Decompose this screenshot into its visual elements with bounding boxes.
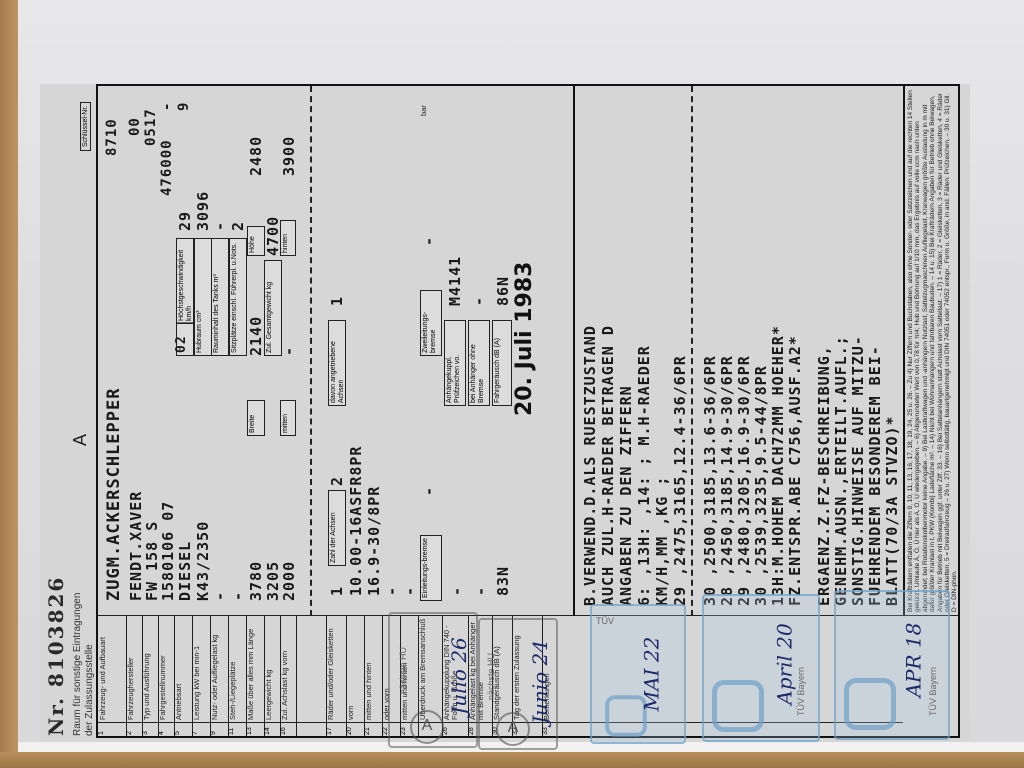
remark-line: 30 ,2500,3185,13.6-36/6PR xyxy=(701,355,719,606)
field-label: Typ und Ausführung xyxy=(142,616,158,722)
field-number: 2 xyxy=(126,722,142,736)
field-row-14: 14Leergewicht kg xyxy=(264,616,281,736)
field-row-20: 20vorn xyxy=(346,616,365,736)
coupling-test-mark-label: Anhängekuppl. Prüfzeichen vo. xyxy=(444,320,466,406)
tyres-alt-rear-value: - xyxy=(401,586,419,596)
payload-value: - xyxy=(211,591,229,601)
key-number-3: 0517 xyxy=(143,108,159,146)
remark-line: 13H:M.HOHEM DACH72MM HOEHER* xyxy=(769,325,787,606)
vehicle-type-value: ZUGM.ACKERSCHLEPPER xyxy=(104,388,124,601)
document-serial-number: Nr. 8103826 xyxy=(44,576,68,736)
seats-label: Sitzplätze einschl. Führerpl. u.Nots. xyxy=(229,238,247,356)
field-label: Räder und/oder Gleisketten xyxy=(326,616,346,722)
first-registration-date: 20. Juli 1983 xyxy=(512,262,537,416)
pressure-unit: bar xyxy=(420,105,428,116)
field-label: mitten und hinten xyxy=(364,616,382,722)
remark-line: FUEHRENDEM BESONDEREM BEI- xyxy=(866,345,884,606)
front-axle-load-value: 2000 xyxy=(280,561,298,601)
stamp-handwriting: Junio 24 xyxy=(528,640,552,724)
field-number: 16 xyxy=(280,722,296,736)
field-label: vorn xyxy=(346,616,364,722)
remarks-dashed-separator xyxy=(691,86,693,616)
stationary-noise-value: 83N xyxy=(494,566,512,596)
height-label: Höhe xyxy=(247,226,265,256)
field-number: 9 xyxy=(210,722,228,736)
tank-capacity-value: - xyxy=(211,221,229,231)
dekra-stamp-2: A nächste HU Junio 24 xyxy=(478,618,558,750)
field-label: Fahrzeug- und Aufbauart xyxy=(98,616,126,722)
field-label: Fahrzeughersteller xyxy=(126,616,142,722)
max-speed-value: 29 xyxy=(176,211,194,231)
seats-standing-value: - xyxy=(229,591,247,601)
remark-line: 29 ,2480,3205,16.9-30/6PR xyxy=(735,355,753,606)
gross-weight-label: Zul. Gesamtgewicht kg xyxy=(264,260,282,356)
width-label: Breite xyxy=(247,400,265,436)
dekra-logo-icon: A xyxy=(410,710,444,744)
field-number: 4 xyxy=(158,722,174,736)
field-row-7: 7Leistung kW bei min-1 xyxy=(192,616,211,736)
field-number: 1 xyxy=(98,722,126,736)
remark-line: B.VERWEND.D.ALS RUESTZUSTAND xyxy=(581,325,599,606)
remark-line: AUCH ZUL.H-RAEDER BETRAGEN D xyxy=(599,325,617,606)
field-label: Nutz- oder Aufliegelast kg xyxy=(210,616,228,722)
field-label: Steh-/Liegeplätze xyxy=(228,616,246,722)
field-row-16: 16Zul. Achslast kg vorn xyxy=(280,616,297,736)
section-letter: A xyxy=(70,434,91,446)
registration-office-note: Raum für sonstige Eintragungen der Zulas… xyxy=(72,593,96,736)
dashed-separator xyxy=(310,86,312,616)
tyres-front-value: 10.00-16ASFR8PR xyxy=(347,446,365,596)
remark-line: KM/H,MM ,KG ; xyxy=(653,476,671,606)
seats-value: 2 xyxy=(229,221,247,231)
length-value: 3780 xyxy=(247,561,265,601)
key-number-5: - xyxy=(159,102,175,111)
stamp-handwriting: Julio 26 xyxy=(447,637,471,715)
stamp-label: nächste HU xyxy=(486,653,496,700)
tuv-logo-icon xyxy=(712,680,764,732)
tyres-rear-value: 16.9-30/8PR xyxy=(365,486,383,596)
remark-line: BLATT(70/3A STVZO)* xyxy=(883,415,901,606)
remark-line: 6: ,13H: ,14: ; M.H-RAEDER xyxy=(635,345,653,606)
tuv-stamp-1: TÜV MAI 22 xyxy=(590,604,686,744)
tuv-logo-icon xyxy=(844,678,896,730)
driven-axles-label: davon angetriebene Achsen xyxy=(328,320,346,406)
key-number-label: Schlüssel-Nr. xyxy=(80,102,91,151)
max-speed-label: Höchstgeschwindigkeit km/h xyxy=(176,238,194,324)
drive-type-value: DIESEL xyxy=(176,541,194,601)
width-value: 2140 xyxy=(247,316,265,356)
stamp-handwriting: MAI 22 xyxy=(639,637,663,712)
field-label: Maße über alles mm Länge xyxy=(246,616,264,722)
field-number: 14 xyxy=(264,722,280,736)
stamp-label: TÜV xyxy=(596,616,614,626)
rear-axle-value: 3900 xyxy=(280,136,298,176)
field-row-3: 3Typ und Ausführung xyxy=(142,616,159,736)
wooden-table-edge xyxy=(0,752,1024,768)
rear-axle-label: hinten xyxy=(280,220,296,256)
axle-count-value: 2 xyxy=(328,476,346,486)
field-label: Fahrgestellnummer xyxy=(158,616,174,722)
note-line-1: Raum für sonstige Eintragungen xyxy=(72,593,84,736)
driven-axles-value: 1 xyxy=(328,296,346,306)
field-row-21: 21mitten und hinten xyxy=(364,616,383,736)
field-number: 7 xyxy=(192,722,210,736)
key-number-6: 9 xyxy=(176,102,192,111)
field-row-1: 1Fahrzeug- und Aufbauart xyxy=(98,616,127,736)
stamp-label: TÜV Bayern xyxy=(796,667,806,716)
tuv-stamp-2: TÜV Bayern April 20 xyxy=(702,594,820,742)
field-row-spacer xyxy=(296,616,327,736)
field-label: Antriebsart xyxy=(174,616,192,722)
trailer-unbraked-label: bei Anhänger ohne Bremse xyxy=(468,320,490,406)
remark-line: FZ.ENTSPR.ABE C756,AUSF.A2* xyxy=(786,335,804,606)
field-number: 3 xyxy=(142,722,158,736)
field-row-2: 2Fahrzeughersteller xyxy=(126,616,143,736)
field-number: 13 xyxy=(246,722,264,736)
tyres-alt-front-value: - xyxy=(383,586,401,596)
dual-line-brake-label: Zweileitungs-bremse xyxy=(420,290,442,356)
field-number: 11 xyxy=(228,722,246,736)
key-number-2: 00 xyxy=(127,117,143,136)
field-number: 5 xyxy=(174,722,192,736)
note-line-2: der Zulassungsstelle xyxy=(84,593,96,736)
field-label: Leergewicht kg xyxy=(264,616,280,722)
remark-line: 30 ,2539,3235,9.5-44/8PR xyxy=(752,365,770,606)
tank-capacity-label: Rauminhalt des Tanks m³ xyxy=(211,238,229,356)
field-row-4: 4Fahrgestellnummer xyxy=(158,616,175,736)
power-value: K43/2350 xyxy=(194,521,212,601)
middle-axle-label: mitten xyxy=(280,400,296,436)
stamp-label: nächste HU xyxy=(398,647,408,694)
remarks-section: B.VERWEND.D.ALS RUESTZUSTAND AUCH ZUL.H-… xyxy=(573,86,905,616)
field-label: Zul. Achslast kg vorn xyxy=(280,616,296,722)
stamp-handwriting: APR 18 xyxy=(901,623,925,698)
remark-line: ANGABEN ZU DEN ZIFFERN xyxy=(617,385,635,606)
displacement-value: 3096 xyxy=(194,191,212,231)
field-6-code: 02 xyxy=(176,322,194,356)
driving-noise-value: 86N xyxy=(494,276,512,306)
stamp-handwriting: April 20 xyxy=(773,623,797,704)
key-number-4: 476000 xyxy=(159,139,175,196)
field-row-5: 5Antriebsart xyxy=(174,616,193,736)
footnote-text: Bei Krafträdern entfallen die Ziffern 9,… xyxy=(903,86,958,616)
trailer-unbraked-value: - xyxy=(470,296,488,306)
wheels-type-value: 1 xyxy=(328,586,346,596)
dual-line-brake-value: - xyxy=(420,236,438,246)
remark-line: SONSTIG.HINWEISE AUF MITZU- xyxy=(849,335,867,606)
field-row-13: 13Maße über alles mm Länge xyxy=(246,616,265,736)
trailer-braked-value: - xyxy=(472,586,490,596)
dekra-logo-icon: A xyxy=(496,712,530,746)
dekra-stamp-1: A nächste HU Julio 26 xyxy=(388,612,478,748)
axle-count-label: Zahl der Achsen xyxy=(328,490,346,566)
coupling-test-mark-value: M4141 xyxy=(446,256,464,306)
single-line-brake-value: - xyxy=(420,486,438,496)
displacement-label: Hubraum cm³ xyxy=(194,238,212,356)
coupling-value: - xyxy=(448,586,466,596)
field-row-17: 17Räder und/oder Gleisketten xyxy=(326,616,347,736)
remark-line: GENEHM.AUSN.,ERTEILT.AUFL.; xyxy=(832,335,850,606)
field-row-11: 11Steh-/Liegeplätze xyxy=(228,616,247,736)
height-value: 2480 xyxy=(247,136,265,176)
key-number-1: 8710 xyxy=(104,118,120,156)
middle-axle-value: - xyxy=(280,346,298,356)
field-row-9: 9Nutz- oder Aufliegelast kg xyxy=(210,616,229,736)
remark-line: 29 ,2475,3165,12.4-36/6PR xyxy=(671,355,689,606)
remark-line: 28 ,2450,3185,14.9-30/6PR xyxy=(718,355,736,606)
single-line-brake-label: Einleitungs-bremse xyxy=(420,535,442,601)
chassis-number-value: 1580106 07 xyxy=(159,501,177,601)
driving-noise-label: Fahrgeräusch dB (A) xyxy=(492,320,512,406)
stamp-label: TÜV Bayern xyxy=(928,667,938,716)
remark-line: ERGAENZ.Z.FZ-BESCHREIBUNG, xyxy=(815,345,833,606)
field-label: Leistung kW bei min-1 xyxy=(192,616,210,722)
tuv-stamp-3: TÜV Bayern APR 18 xyxy=(834,590,950,740)
